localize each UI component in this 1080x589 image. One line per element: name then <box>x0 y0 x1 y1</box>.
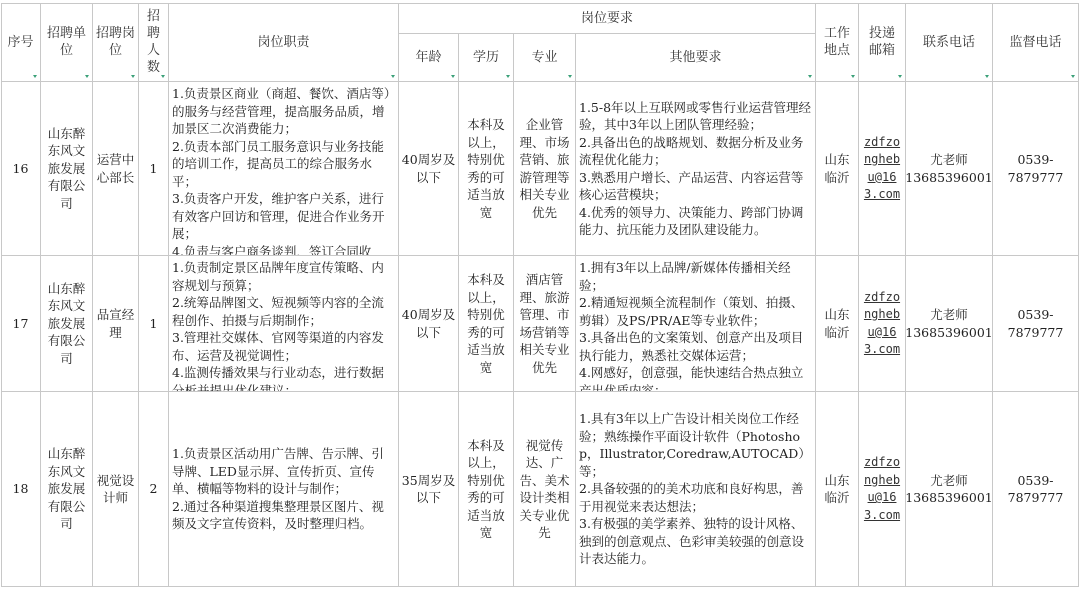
header-location-label: 工作地点 <box>823 25 851 59</box>
filter-dropdown-icon[interactable] <box>808 74 813 79</box>
header-email: 投递邮箱 <box>859 3 906 82</box>
table-row-17-major[interactable]: 酒店管理、旅游管理、市场营销等相关专业优先 <box>514 256 576 392</box>
table-row-17-email[interactable]: zdfzonghebu@163.com <box>859 256 906 392</box>
header-education: 学历 <box>459 34 514 82</box>
header-contact-phone: 联系电话 <box>906 3 993 82</box>
header-requirements-group: 岗位要求 <box>399 3 816 34</box>
table-row-18-duties[interactable]: 1.负责景区活动用广告牌、告示牌、引导牌、LED显示屏、宣传折页、宣传单、横幅等… <box>169 392 399 587</box>
table-row-18-contact[interactable]: 尤老师 13685396001 <box>906 392 993 587</box>
header-education-label: 学历 <box>473 49 499 66</box>
header-email-label: 投递邮箱 <box>868 25 896 59</box>
header-seq-label: 序号 <box>6 34 36 51</box>
header-location: 工作地点 <box>816 3 859 82</box>
header-other: 其他要求 <box>576 34 816 82</box>
table-row-17-supervise[interactable]: 0539-7879777 <box>993 256 1079 392</box>
table-row-17-duties[interactable]: 1.负责制定景区品牌年度宣传策略、内容规划与预算； 2.统筹品牌图文、短视频等内… <box>169 256 399 392</box>
table-row-17-other[interactable]: 1.拥有3年以上品牌/新媒体传播相关经验； 2.精通短视频全流程制作（策划、拍摄… <box>576 256 816 392</box>
header-unit-label: 招聘单位 <box>46 25 88 59</box>
filter-dropdown-icon[interactable] <box>851 74 856 79</box>
table-row-16-education[interactable]: 本科及以上，特别优秀的可适当放宽 <box>459 82 514 256</box>
filter-dropdown-icon[interactable] <box>85 74 90 79</box>
table-row-16-supervise[interactable]: 0539-7879777 <box>993 82 1079 256</box>
header-requirements-label: 岗位要求 <box>581 10 633 27</box>
table-row-18-unit[interactable]: 山东醉东风文旅发展有限公司 <box>41 392 93 587</box>
header-age-label: 年龄 <box>415 49 441 66</box>
header-seq: 序号 <box>1 3 41 82</box>
table-row-16-other[interactable]: 1.5-8年以上互联网或零售行业运营管理经验，其中3年以上团队管理经验； 2.具… <box>576 82 816 256</box>
header-duties-label: 岗位职责 <box>257 34 309 51</box>
filter-dropdown-icon[interactable] <box>898 74 903 79</box>
table-row-16-count[interactable]: 1 <box>139 82 169 256</box>
filter-dropdown-icon[interactable] <box>506 74 511 79</box>
header-age: 年龄 <box>399 34 459 82</box>
filter-dropdown-icon[interactable] <box>391 74 396 79</box>
email-link[interactable]: zdfzonghebu@163.com <box>859 134 905 204</box>
filter-dropdown-icon[interactable] <box>451 74 456 79</box>
header-duties: 岗位职责 <box>169 3 399 82</box>
email-link[interactable]: zdfzonghebu@163.com <box>859 289 905 359</box>
header-supervise-phone-label: 监督电话 <box>1009 34 1061 51</box>
recruitment-table: 序号 招聘单位 招聘岗位 招聘人数 岗位职责 岗位要求 年龄 学历 专业 其他要… <box>1 3 1079 587</box>
table-row-17-seq[interactable]: 17 <box>1 256 41 392</box>
header-count: 招聘人数 <box>139 3 169 82</box>
table-row-18-position[interactable]: 视觉设计师 <box>93 392 139 587</box>
table-row-16-unit[interactable]: 山东醉东风文旅发展有限公司 <box>41 82 93 256</box>
table-row-17-count[interactable]: 1 <box>139 256 169 392</box>
table-row-16-position[interactable]: 运营中心部长 <box>93 82 139 256</box>
table-row-18-supervise[interactable]: 0539-7879777 <box>993 392 1079 587</box>
email-link[interactable]: zdfzonghebu@163.com <box>859 454 905 524</box>
filter-dropdown-icon[interactable] <box>161 74 166 79</box>
table-row-17-contact[interactable]: 尤老师 13685396001 <box>906 256 993 392</box>
header-position: 招聘岗位 <box>93 3 139 82</box>
table-row-16-duties[interactable]: 1.负责景区商业（商超、餐饮、酒店等）的服务与经营管理，提高服务品质，增加景区二… <box>169 82 399 256</box>
table-row-17-position[interactable]: 品宣经理 <box>93 256 139 392</box>
table-row-18-location[interactable]: 山东临沂 <box>816 392 859 587</box>
table-row-17-unit[interactable]: 山东醉东风文旅发展有限公司 <box>41 256 93 392</box>
filter-dropdown-icon[interactable] <box>131 74 136 79</box>
header-position-label: 招聘岗位 <box>95 25 137 59</box>
table-row-16-email[interactable]: zdfzonghebu@163.com <box>859 82 906 256</box>
table-row-16-location[interactable]: 山东临沂 <box>816 82 859 256</box>
table-row-17-age[interactable]: 40周岁及以下 <box>399 256 459 392</box>
header-count-label: 招聘人数 <box>147 8 161 76</box>
header-supervise-phone: 监督电话 <box>993 3 1079 82</box>
table-row-17-education[interactable]: 本科及以上，特别优秀的可适当放宽 <box>459 256 514 392</box>
table-row-18-major[interactable]: 视觉传达、广告、美术设计类相关专业优先 <box>514 392 576 587</box>
filter-dropdown-icon[interactable] <box>33 74 38 79</box>
table-row-18-age[interactable]: 35周岁及以下 <box>399 392 459 587</box>
filter-dropdown-icon[interactable] <box>985 74 990 79</box>
table-row-16-seq[interactable]: 16 <box>1 82 41 256</box>
filter-dropdown-icon[interactable] <box>1071 74 1076 79</box>
table-row-18-seq[interactable]: 18 <box>1 392 41 587</box>
filter-dropdown-icon[interactable] <box>568 74 573 79</box>
table-row-18-count[interactable]: 2 <box>139 392 169 587</box>
table-row-18-email[interactable]: zdfzonghebu@163.com <box>859 392 906 587</box>
table-row-17-location[interactable]: 山东临沂 <box>816 256 859 392</box>
table-row-16-major[interactable]: 企业管理、市场营销、旅游管理等相关专业优先 <box>514 82 576 256</box>
table-row-16-age[interactable]: 40周岁及以下 <box>399 82 459 256</box>
header-contact-phone-label: 联系电话 <box>923 34 975 51</box>
table-row-16-contact[interactable]: 尤老师 13685396001 <box>906 82 993 256</box>
header-major: 专业 <box>514 34 576 82</box>
table-row-18-education[interactable]: 本科及以上，特别优秀的可适当放宽 <box>459 392 514 587</box>
header-unit: 招聘单位 <box>41 3 93 82</box>
header-major-label: 专业 <box>531 49 557 66</box>
header-other-label: 其他要求 <box>669 49 721 66</box>
table-row-18-other[interactable]: 1.具有3年以上广告设计相关岗位工作经验；熟练操作平面设计软件（Photosho… <box>576 392 816 587</box>
